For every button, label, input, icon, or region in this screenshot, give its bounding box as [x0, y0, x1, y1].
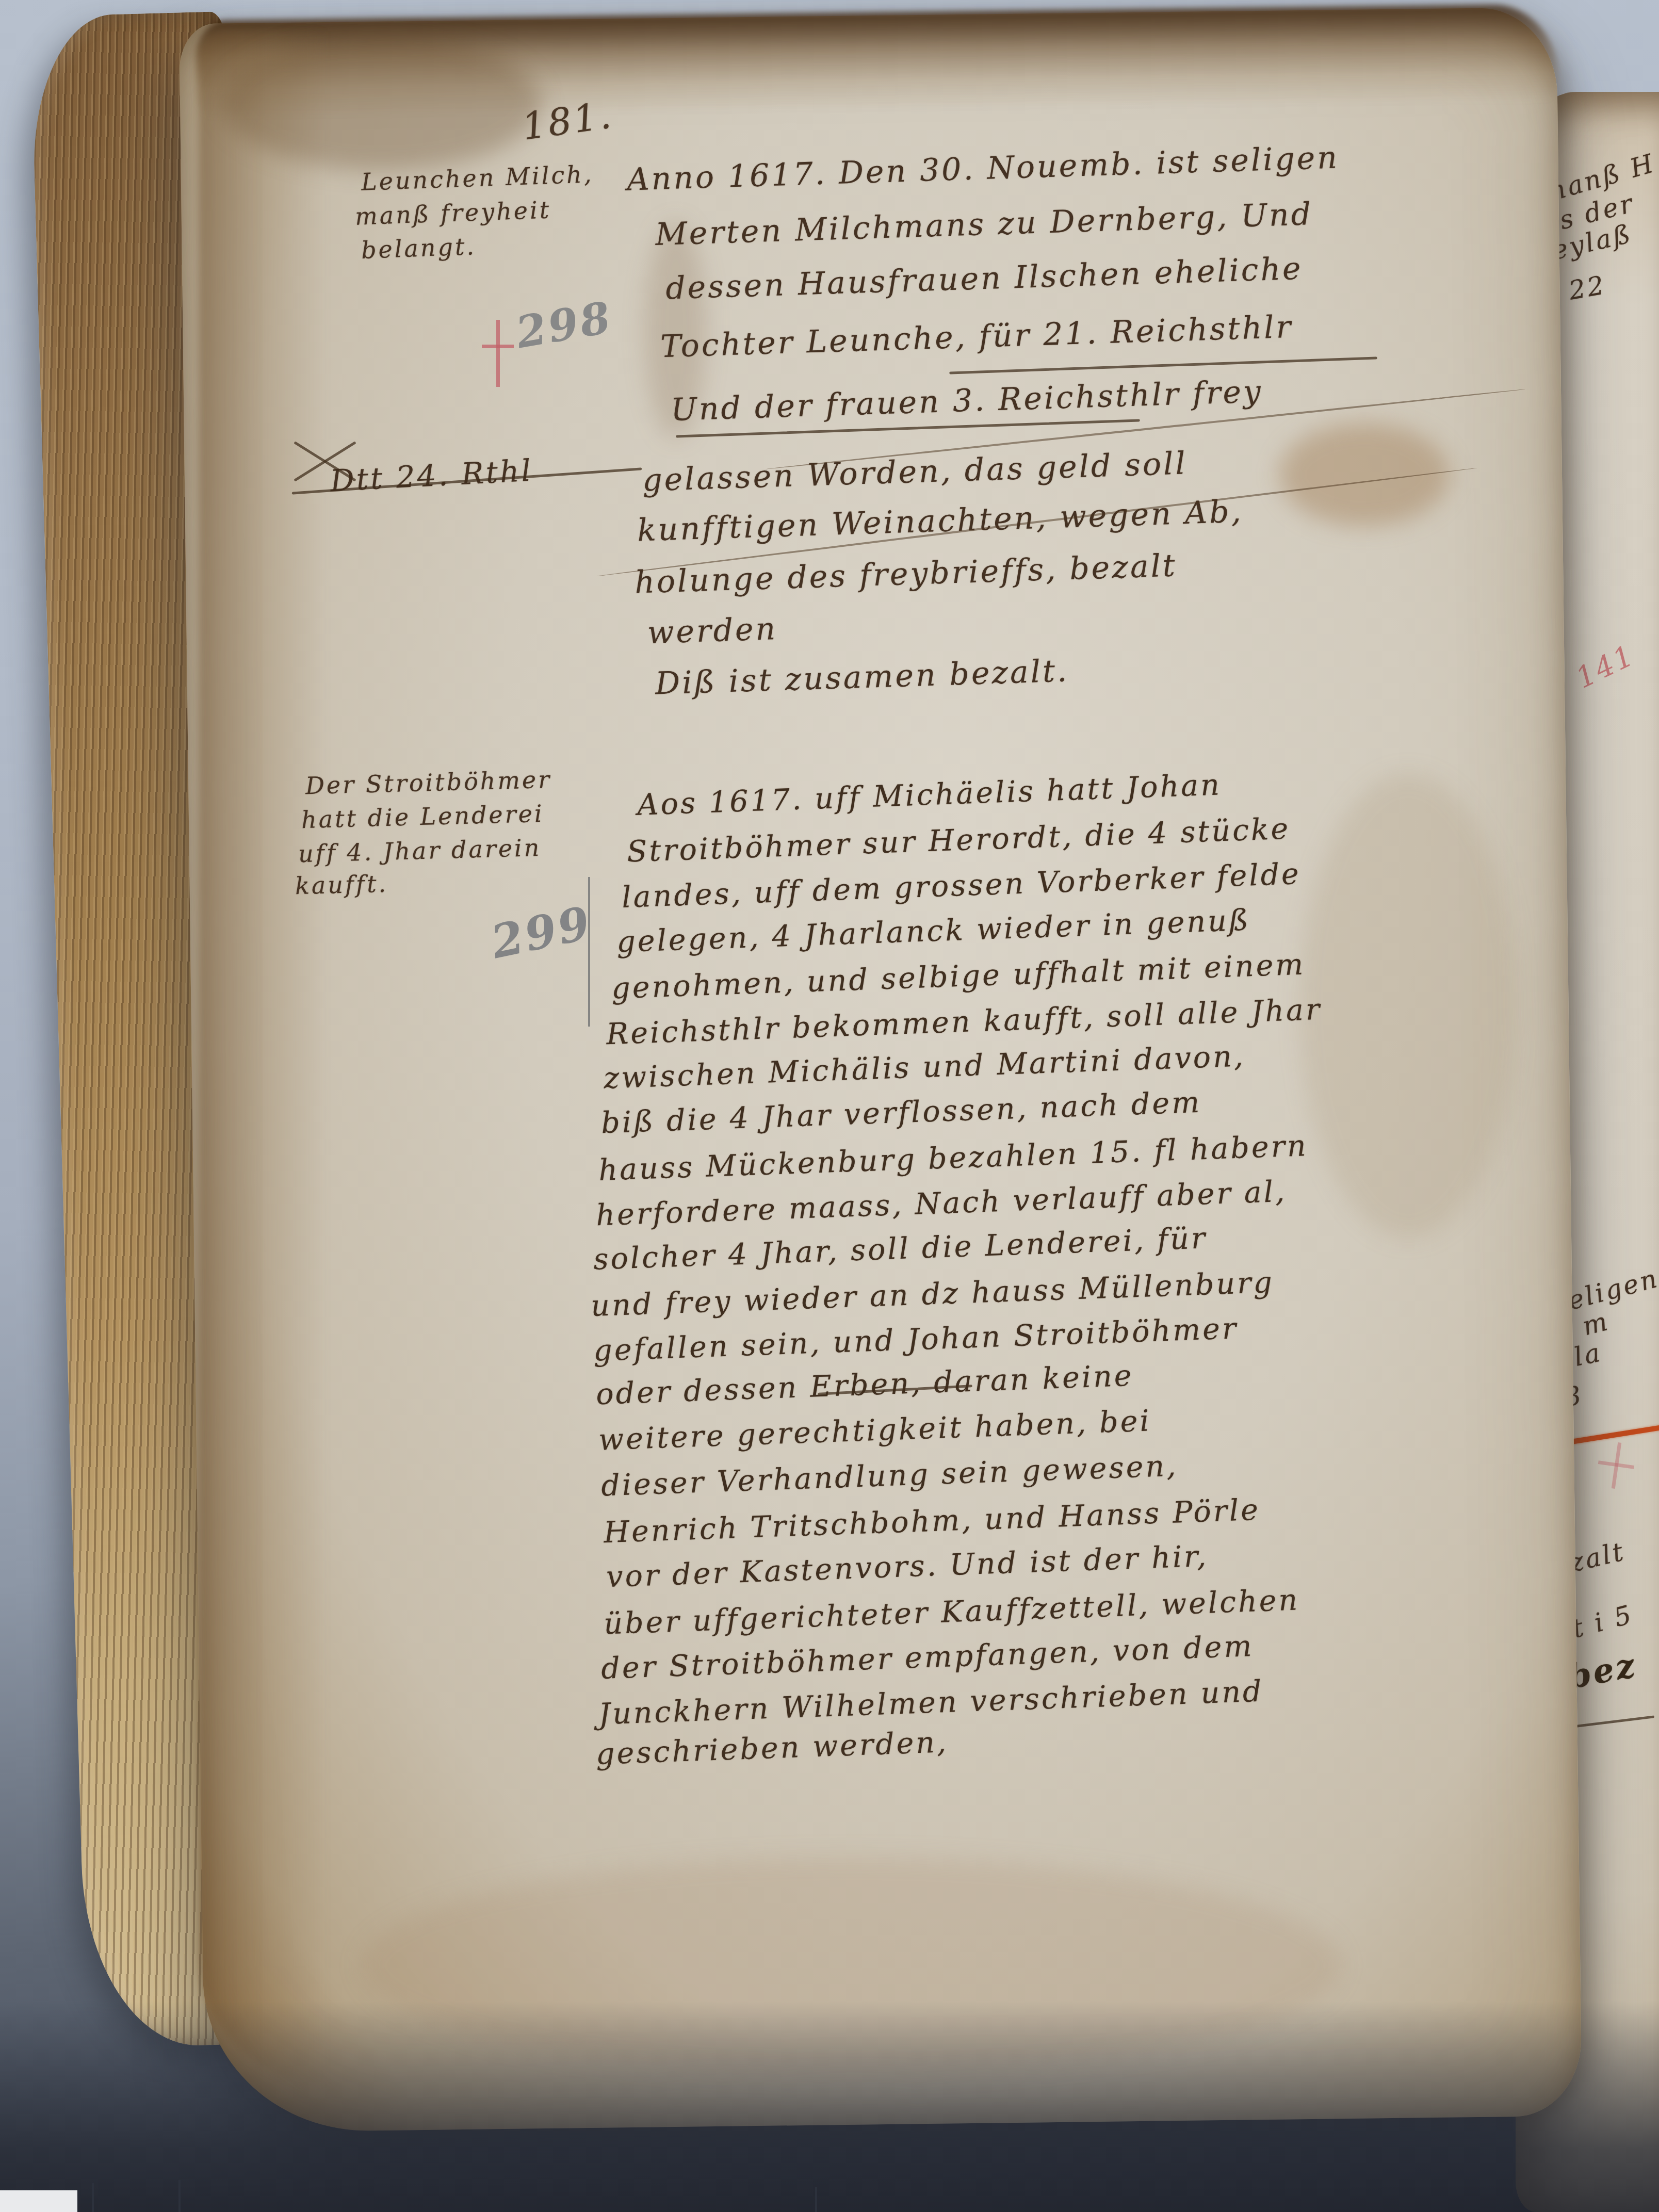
manuscript-photo: Johanß H aus der freylaß dtt 22 141 Seli…	[0, 0, 1659, 2212]
table-shadow	[0, 2002, 1659, 2212]
background-corner	[0, 2190, 77, 2212]
red-cross-mark	[496, 320, 500, 387]
paper-stain	[1300, 774, 1517, 1238]
entry2-margin-note-line: kaufft.	[295, 870, 388, 900]
paper-stain	[222, 36, 542, 170]
scale-tick	[815, 2187, 817, 2212]
red-chalk-number: 141	[1571, 638, 1640, 695]
entry1-line: werden	[647, 611, 778, 651]
scale-tick	[92, 2183, 94, 2212]
orange-crayon-line	[1568, 1421, 1659, 1445]
pencil-divider-line	[588, 877, 590, 1027]
red-cross-mark	[482, 345, 514, 348]
scale-tick	[178, 2180, 181, 2212]
gutter-shadow	[199, 31, 328, 2084]
entry1-margin-note-line: belangt.	[361, 232, 477, 264]
